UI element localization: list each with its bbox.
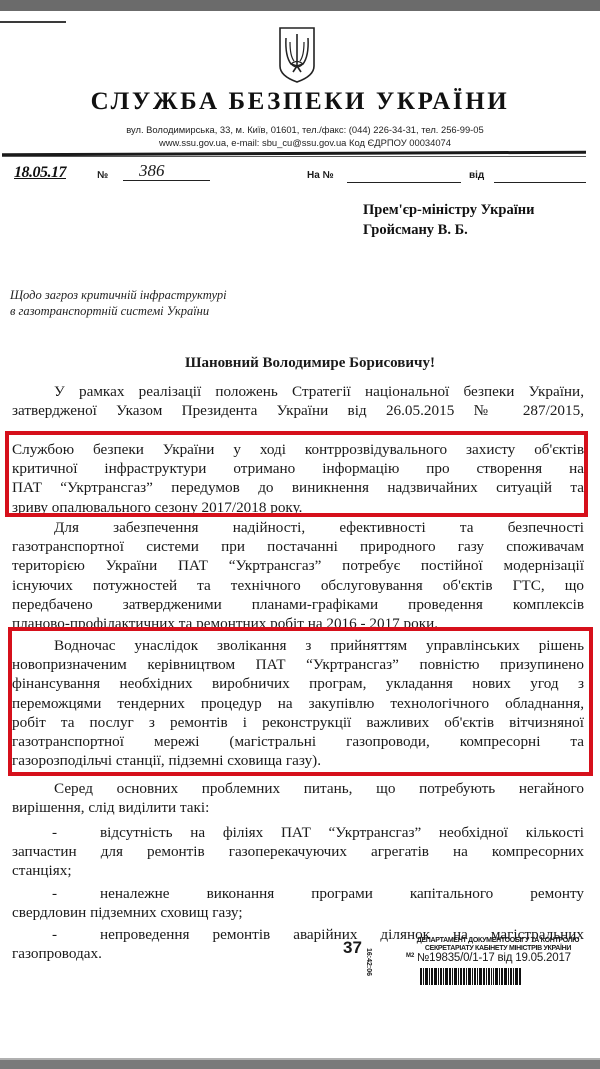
organization-contacts: www.ssu.gov.ua, e-mail: sbu_cu@ssu.gov.u…: [0, 137, 600, 148]
stamp-department: ДЕПАРТАМЕНТ ДОКУМЕНТООБІГУ ТА КОНТРОЛЮ: [398, 937, 598, 944]
text-line: запчастин для ремонтів газоперекачуючих …: [12, 842, 584, 861]
recipient-title: Прем'єр-міністру України: [363, 200, 534, 220]
paragraph-intro: У рамках реалізації положень Стратегії н…: [12, 382, 584, 420]
recipient-name: Гройсману В. Б.: [363, 220, 534, 240]
dash-bullet: -: [52, 925, 100, 944]
red-highlight-box: [8, 627, 593, 776]
dash-bullet: -: [52, 884, 100, 903]
text-line: У рамках реалізації положень Стратегії н…: [12, 382, 584, 401]
trident-coat-of-arms-icon: [277, 26, 317, 84]
text-line: газотранспортної системи при постачанні …: [12, 537, 584, 556]
paragraph-issues-intro: Серед основних проблемних питань, що пот…: [12, 779, 584, 817]
barcode-icon: [420, 968, 564, 985]
list-item: -неналежне виконання програми капітально…: [12, 884, 584, 903]
red-highlight-box: [5, 431, 588, 517]
subject-block: Щодо загроз критичній інфраструктурі в г…: [10, 287, 227, 319]
text-line: Серед основних проблемних питань, що пот…: [12, 779, 584, 798]
salutation: Шановний Володимире Борисовичу!: [0, 355, 600, 372]
reference-date-label: від: [469, 170, 484, 181]
text-line: станціях;: [12, 861, 584, 880]
text-line: вирішення, слід виділити такі:: [12, 798, 584, 817]
outgoing-number: 386: [123, 161, 210, 181]
scan-mark: [0, 21, 66, 23]
reference-number-blank: [347, 182, 461, 183]
outgoing-date: 18.05.17: [14, 164, 66, 182]
list-item-text: відсутність на філіях ПАТ “Укртрансгаз” …: [100, 824, 584, 841]
image-bottom-border: [0, 1058, 600, 1069]
text-line: територією України ПАТ “Укртрансгаз” пот…: [12, 556, 584, 575]
text-line: свердловин підземних сховищ газу;: [12, 903, 584, 922]
list-item: -відсутність на філіях ПАТ “Укртрансгаз”…: [12, 823, 584, 842]
page-number: 37: [343, 938, 362, 958]
stamp-marker: М2: [406, 953, 414, 959]
text-line: затвердженої Указом Президента України в…: [12, 401, 584, 420]
paragraph-maintenance: Для забезпечення надійності, ефективност…: [12, 518, 584, 633]
incoming-registration-number: №19835/0/1-17 від 19.05.2017: [417, 952, 571, 964]
stamp-secretariat: СЕКРЕТАРІАТУ КАБІНЕТУ МІНІСТРІВ УКРАЇНИ: [398, 945, 598, 952]
organization-name: СЛУЖБА БЕЗПЕКИ УКРАЇНИ: [0, 88, 600, 116]
subject-line: Щодо загроз критичній інфраструктурі: [10, 287, 227, 303]
reference-number-label: На №: [307, 170, 334, 181]
reference-date-blank: [494, 182, 586, 183]
dash-bullet: -: [52, 823, 100, 842]
text-line: Для забезпечення надійності, ефективност…: [12, 518, 584, 537]
registration-line: 18.05.17 № 386 На № від: [0, 164, 600, 186]
organization-address: вул. Володимирська, 33, м. Київ, 01601, …: [0, 124, 600, 135]
subject-line: в газотранспортній системі України: [10, 303, 227, 319]
outgoing-number-label: №: [97, 170, 108, 181]
text-line: існуючих потужностей та технічного обслу…: [12, 576, 584, 595]
recipient-block: Прем'єр-міністру України Гройсману В. Б.: [363, 200, 534, 240]
list-item-text: неналежне виконання програми капітальног…: [100, 885, 584, 902]
receipt-time: 16:42:06: [365, 948, 372, 978]
letterhead-divider-thin: [2, 156, 586, 157]
text-line: передбачено затвердженими планами-графік…: [12, 595, 584, 614]
image-top-border: [0, 0, 600, 11]
